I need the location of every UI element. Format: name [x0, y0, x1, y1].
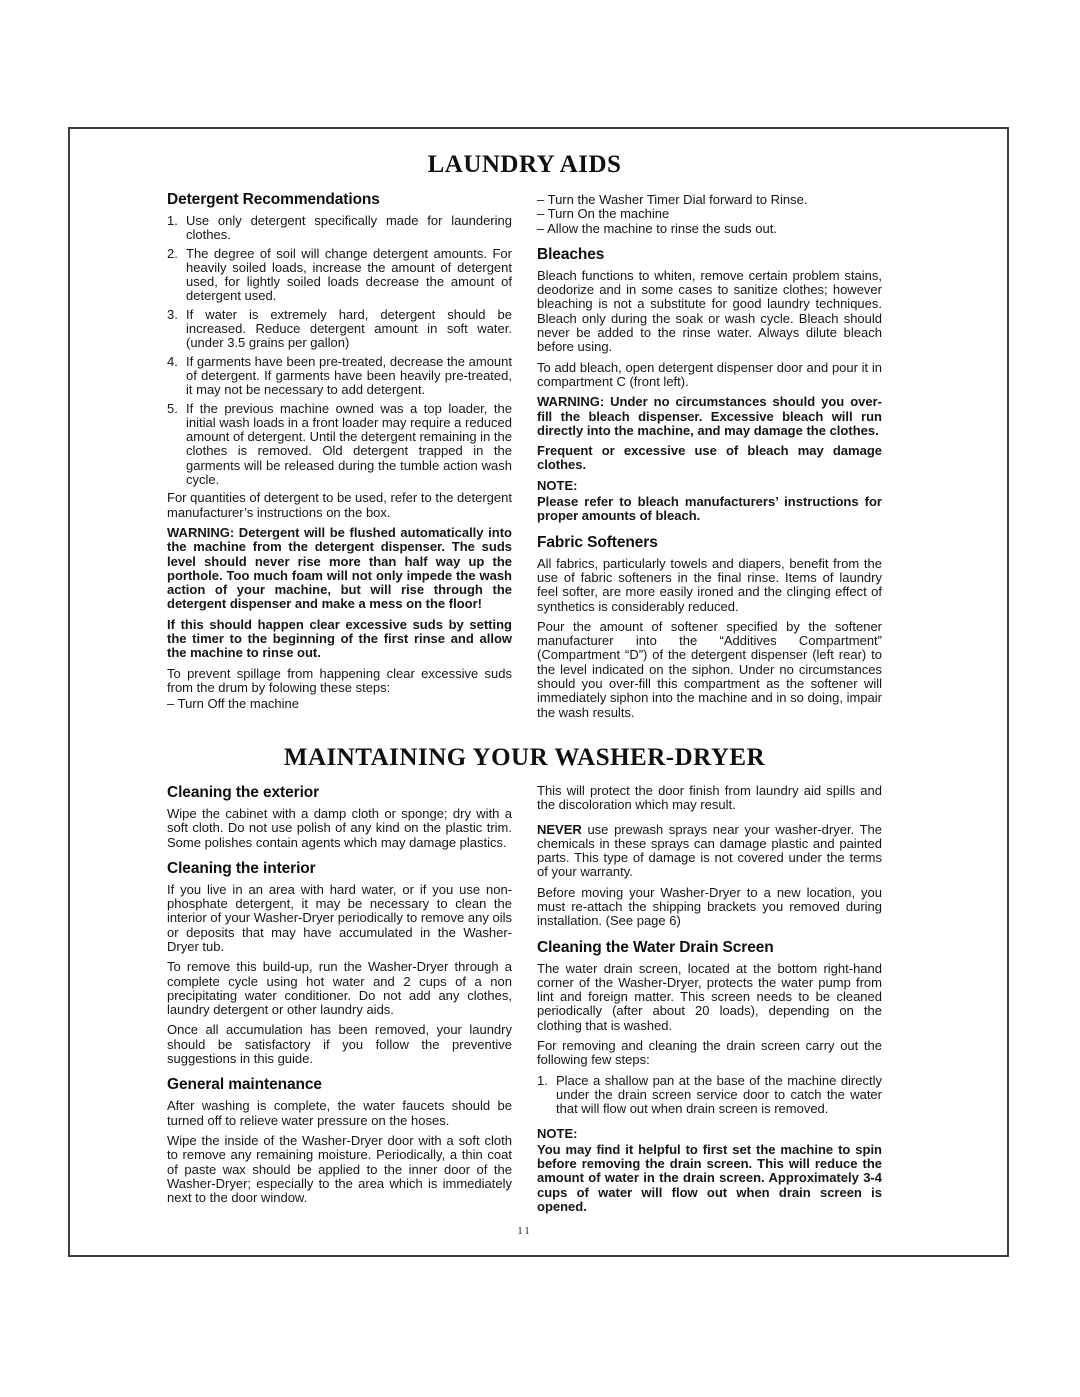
page-content: LAUNDRY AIDS Detergent Recommendations 1… — [70, 129, 1007, 1220]
paragraph-drain-screen: The water drain screen, located at the b… — [537, 962, 882, 1033]
note-label: NOTE: — [537, 1127, 882, 1141]
laundry-right-column: – Turn the Washer Timer Dial forward to … — [537, 191, 882, 726]
note-bleach-instructions: Please refer to bleach manufacturers’ in… — [537, 495, 882, 524]
maintaining-right-column: This will protect the door finish from l… — [537, 784, 882, 1220]
maintaining-columns: Cleaning the exterior Wipe the cabinet w… — [167, 784, 882, 1220]
paragraph-bleach-functions: Bleach functions to whiten, remove certa… — [537, 269, 882, 355]
section-title-maintaining: MAINTAINING YOUR WASHER-DRYER — [167, 744, 882, 772]
paragraph-interior-buildup: To remove this build-up, run the Washer-… — [167, 960, 512, 1017]
paragraph-prevent-spillage: To prevent spillage from happening clear… — [167, 667, 512, 696]
laundry-aids-columns: Detergent Recommendations 1. Use only de… — [167, 191, 882, 726]
list-item: 1. Use only detergent specifically made … — [167, 214, 512, 243]
list-item-text: Use only detergent specifically made for… — [186, 214, 512, 243]
rinse-steps-list: – Turn the Washer Timer Dial forward to … — [537, 193, 882, 236]
manual-page: LAUNDRY AIDS Detergent Recommendations 1… — [68, 127, 1009, 1257]
paragraph-never-prewash: NEVER use prewash sprays near your washe… — [537, 823, 882, 880]
section-title-laundry-aids: LAUNDRY AIDS — [167, 151, 882, 179]
warning-detergent-flushed: WARNING: Detergent will be flushed autom… — [167, 526, 512, 612]
paragraph-moving-brackets: Before moving your Washer-Dryer to a new… — [537, 886, 882, 929]
heading-cleaning-interior: Cleaning the interior — [167, 860, 512, 878]
maintaining-left-column: Cleaning the exterior Wipe the cabinet w… — [167, 784, 512, 1220]
paragraph-exterior: Wipe the cabinet with a damp cloth or sp… — [167, 807, 512, 850]
heading-fabric-softeners: Fabric Softeners — [537, 534, 882, 552]
list-item: 3. If water is extremely hard, detergent… — [167, 308, 512, 351]
paragraph-drain-steps-intro: For removing and cleaning the drain scre… — [537, 1039, 882, 1068]
list-item-number: 5. — [167, 402, 186, 488]
list-item-text: Place a shallow pan at the base of the m… — [556, 1074, 882, 1117]
heading-cleaning-exterior: Cleaning the exterior — [167, 784, 512, 802]
paragraph-interior-accumulation: Once all accumulation has been removed, … — [167, 1023, 512, 1066]
paragraph-detergent-quantities: For quantities of detergent to be used, … — [167, 491, 512, 520]
list-item: 4. If garments have been pre-treated, de… — [167, 355, 512, 398]
laundry-left-column: Detergent Recommendations 1. Use only de… — [167, 191, 512, 726]
list-item-number: 3. — [167, 308, 186, 351]
list-item-number: 4. — [167, 355, 186, 398]
list-item-number: 1. — [537, 1074, 556, 1117]
list-item-text: If water is extremely hard, detergent sh… — [186, 308, 512, 351]
never-rest-text: use prewash sprays near your washer-drye… — [537, 822, 882, 880]
paragraph-general-faucets: After washing is complete, the water fau… — [167, 1099, 512, 1128]
note-spin-before-removing: You may find it helpful to first set the… — [537, 1143, 882, 1214]
warning-frequent-bleach: Frequent or excessive use of bleach may … — [537, 444, 882, 473]
step-turn-off-machine: – Turn Off the machine — [167, 697, 512, 711]
list-item-number: 2. — [167, 247, 186, 304]
heading-general-maintenance: General maintenance — [167, 1076, 512, 1094]
list-item-number: 1. — [167, 214, 186, 243]
paragraph-softeners-pour: Pour the amount of softener specified by… — [537, 620, 882, 720]
warning-bleach-overfill: WARNING: Under no circumstances should y… — [537, 395, 882, 438]
heading-water-drain-screen: Cleaning the Water Drain Screen — [537, 939, 882, 957]
step-allow-rinse: – Allow the machine to rinse the suds ou… — [537, 222, 882, 236]
list-item-text: If the previous machine owned was a top … — [186, 402, 512, 488]
paragraph-add-bleach: To add bleach, open detergent dispenser … — [537, 361, 882, 390]
step-timer-dial: – Turn the Washer Timer Dial forward to … — [537, 193, 882, 207]
never-emphasis: NEVER — [537, 822, 582, 837]
paragraph-protect-door: This will protect the door finish from l… — [537, 784, 882, 813]
paragraph-general-door: Wipe the inside of the Washer-Dryer door… — [167, 1134, 512, 1205]
list-item-text: If garments have been pre-treated, decre… — [186, 355, 512, 398]
list-item: 2. The degree of soil will change deterg… — [167, 247, 512, 304]
list-item: 1. Place a shallow pan at the base of th… — [537, 1074, 882, 1117]
heading-detergent-recommendations: Detergent Recommendations — [167, 191, 512, 209]
step-turn-on: – Turn On the machine — [537, 207, 882, 221]
paragraph-softeners-benefit: All fabrics, particularly towels and dia… — [537, 557, 882, 614]
note-label: NOTE: — [537, 479, 882, 493]
paragraph-interior-hard-water: If you live in an area with hard water, … — [167, 883, 512, 954]
list-item: 5. If the previous machine owned was a t… — [167, 402, 512, 488]
heading-bleaches: Bleaches — [537, 246, 882, 264]
warning-clear-suds: If this should happen clear excessive su… — [167, 618, 512, 661]
page-number: 11 — [167, 1225, 882, 1237]
list-item-text: The degree of soil will change detergent… — [186, 247, 512, 304]
